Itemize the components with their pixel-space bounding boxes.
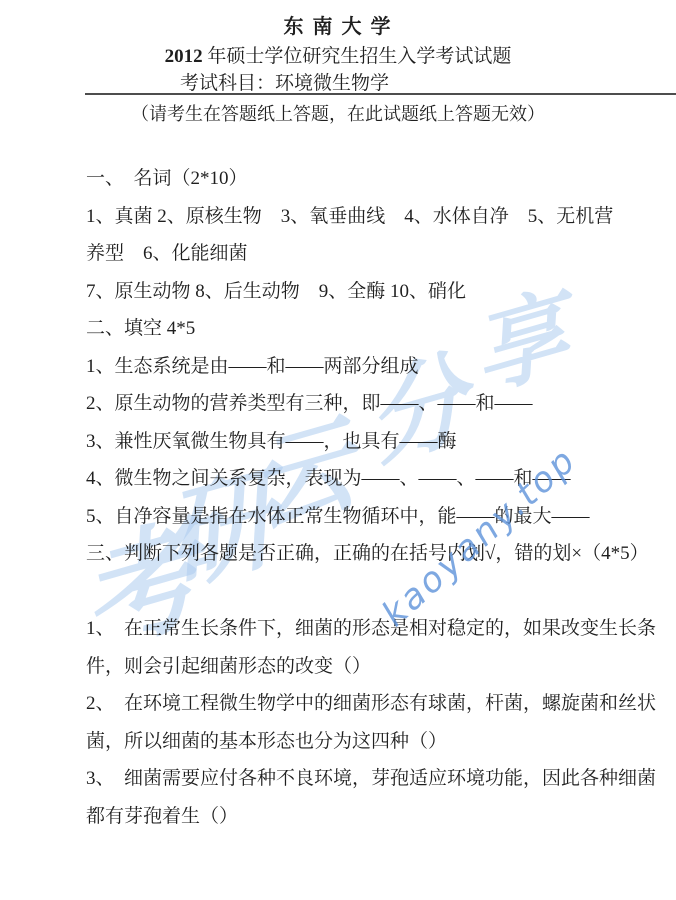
question-line: 2、原生动物的营养类型有三种，即——、——和—— [86,385,656,423]
question-line: 2、 在环境工程微生物学中的细菌形态有球菌，杆菌，螺旋菌和丝状 [86,685,656,723]
subject-value: 环境微生物学 [275,73,389,94]
question-line: 都有芽孢着生（） [86,798,656,836]
question-line: 1、 在正常生长条件下，细菌的形态是相对稳定的，如果改变生长条 [86,610,656,648]
subject-label: 考试科目： [180,73,275,94]
exam-year: 2012 [165,46,203,67]
blank-line [86,573,656,611]
exam-paper-page: 考 研 云 分 享 东 南 大 学 2012 年硕士学位研究生招生入学考试试题 … [0,0,676,900]
question-line: 4、微生物之间关系复杂，表现为——、——、——和—— [86,460,656,498]
section-1-heading: 一、 名词（2*10） [86,160,656,198]
university-name: 东 南 大 学 [0,10,676,39]
question-line: 1、生态系统是由——和——两部分组成 [86,348,656,386]
question-line: 3、 细菌需要应付各种不良环境，芽孢适应环境功能，因此各种细菌 [86,760,656,798]
question-line: 1、真菌 2、原核生物 3、氧垂曲线 4、水体自净 5、无机营 [86,198,656,236]
section-2-heading: 二、填空 4*5 [86,310,656,348]
question-line: 5、自净容量是指在水体正常生物循环中，能——的最大—— [86,498,656,536]
exam-title-text: 年硕士学位研究生招生入学考试试题 [203,46,512,67]
exam-body: 一、 名词（2*10） 1、真菌 2、原核生物 3、氧垂曲线 4、水体自净 5、… [86,160,656,835]
question-line: 3、兼性厌氧微生物具有——，也具有——酶 [86,423,656,461]
answer-sheet-notice: （请考生在答题纸上答题，在此试题纸上答题无效） [0,100,676,126]
section-3-heading: 三、判断下列各题是否正确，正确的在括号内划√，错的划×（4*5） [86,535,656,573]
question-line: 养型 6、化能细菌 [86,235,656,273]
question-line: 菌，所以细菌的基本形态也分为这四种（） [86,723,656,761]
question-line: 件，则会引起细菌形态的改变（） [86,648,656,686]
exam-title: 2012 年硕士学位研究生招生入学考试试题 [0,41,676,68]
subject-line: 考试科目：环境微生物学 [85,68,676,95]
question-line: 7、原生动物 8、后生动物 9、全酶 10、硝化 [86,273,656,311]
